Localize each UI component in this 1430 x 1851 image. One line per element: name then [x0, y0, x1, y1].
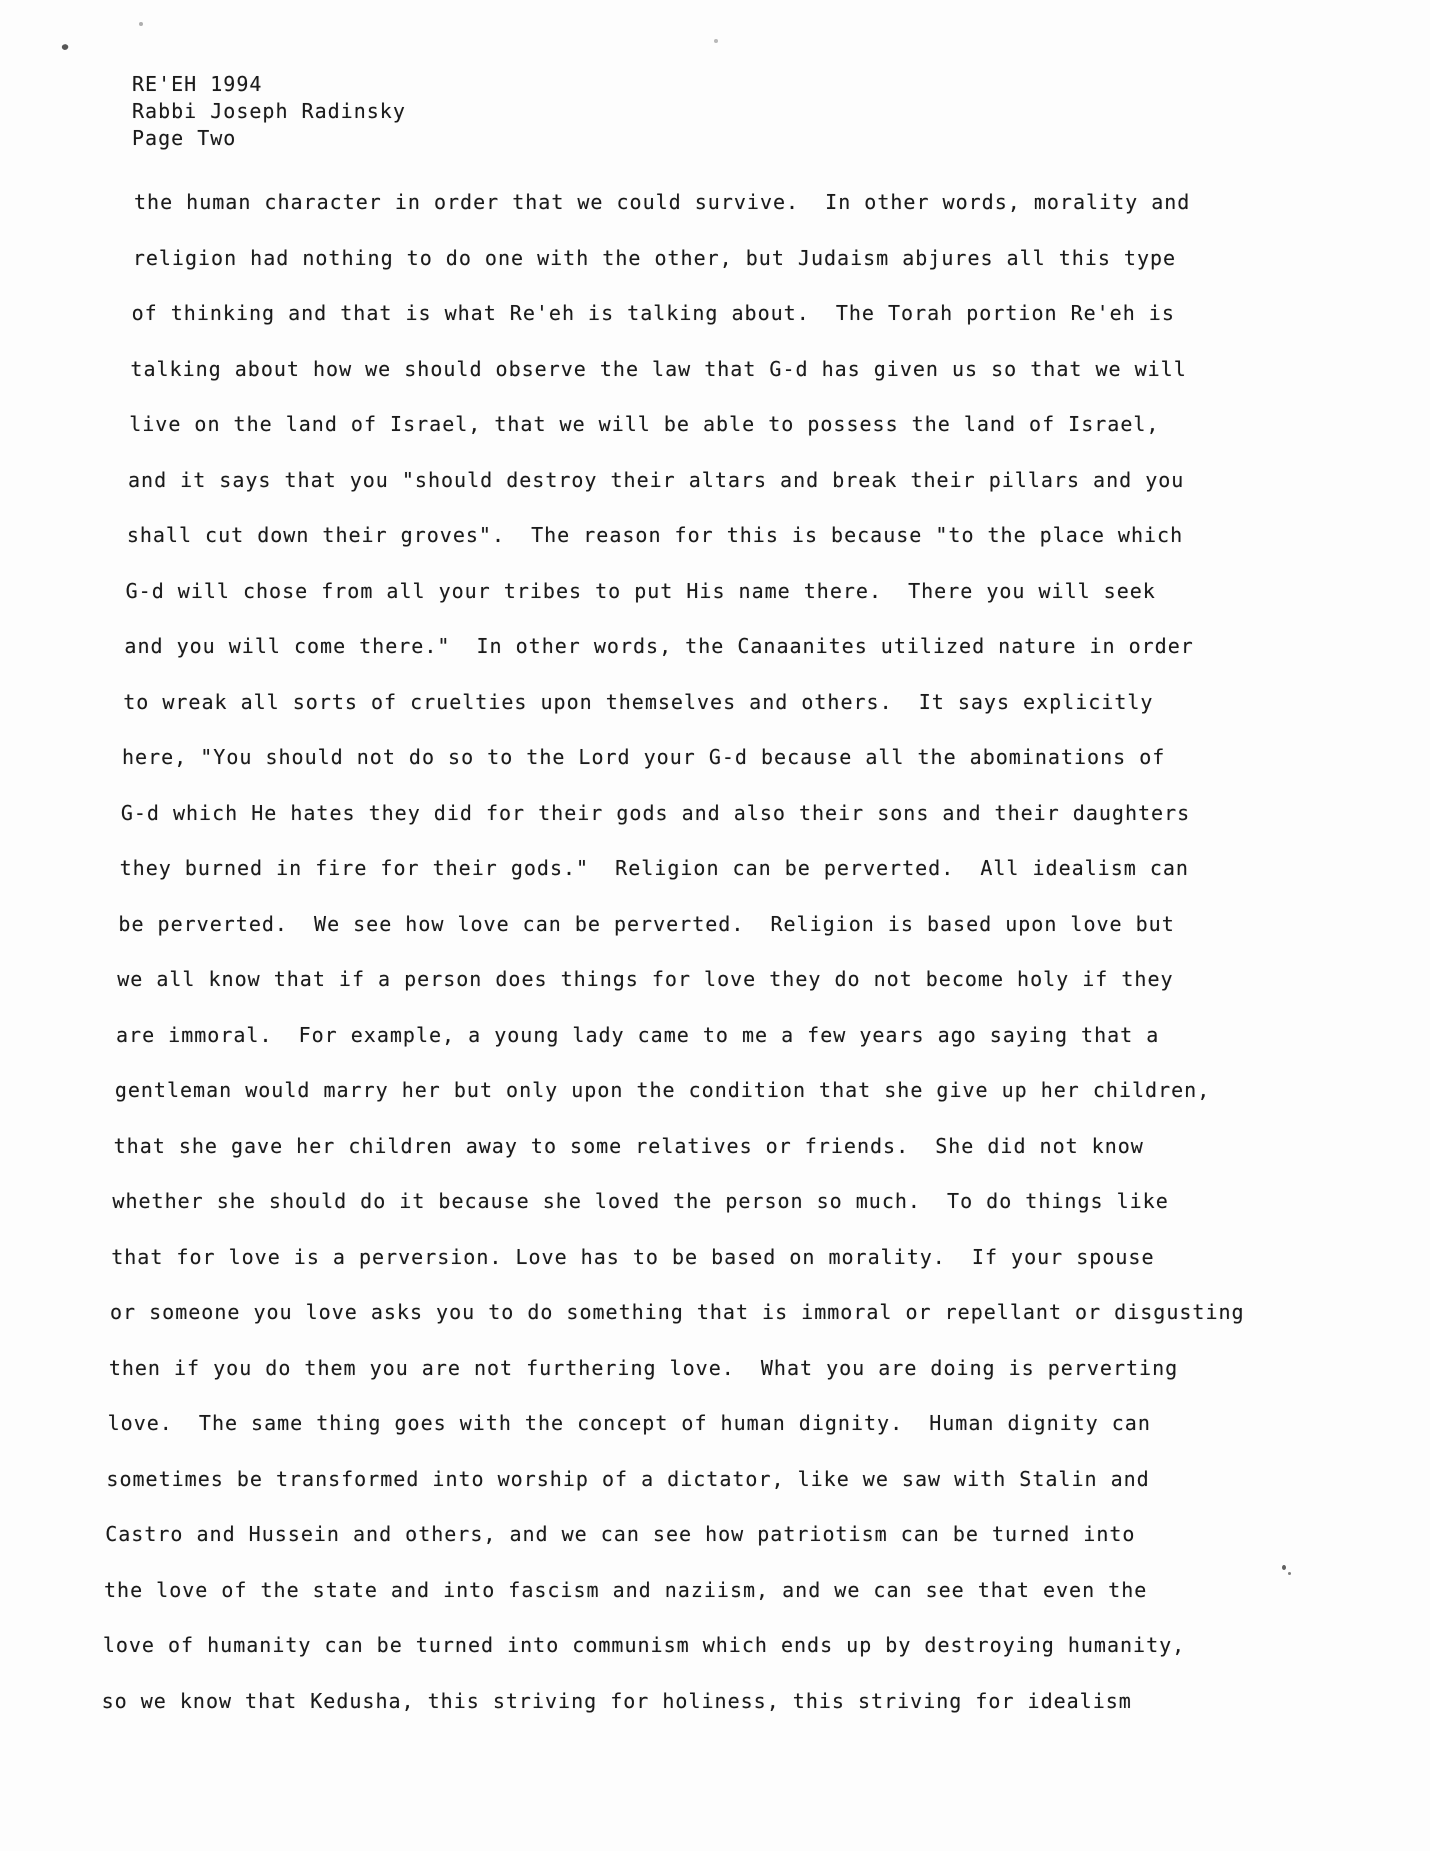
text-line: gentleman would marry her but only upon … [115, 1063, 1245, 1119]
scan-speck [714, 39, 718, 43]
header-line: RE'EH 1994 [132, 71, 406, 98]
scan-speck [139, 22, 143, 26]
scan-speck [1282, 1565, 1286, 1570]
text-line: of thinking and that is what Re'eh is ta… [132, 286, 1245, 342]
header-line: Rabbi Joseph Radinsky [132, 98, 406, 125]
text-line: so we know that Kedusha, this striving f… [102, 1674, 1245, 1730]
text-line: sometimes be transformed into worship of… [106, 1452, 1244, 1508]
text-line: Castro and Hussein and others, and we ca… [105, 1507, 1244, 1563]
text-line: love. The same thing goes with the conce… [108, 1396, 1245, 1452]
document-header: RE'EH 1994Rabbi Joseph RadinskyPage Two [132, 71, 406, 152]
text-line: G-d which He hates they did for their go… [121, 786, 1245, 842]
scan-speck [1288, 1572, 1291, 1575]
scan-speck [61, 43, 69, 51]
text-line: shall cut down their groves". The reason… [127, 508, 1245, 564]
text-line: and you will come there." In other words… [124, 619, 1244, 675]
text-line: talking about how we should observe the … [130, 342, 1244, 398]
text-line: and it says that you "should destroy the… [128, 453, 1245, 509]
scanned-document-page: RE'EH 1994Rabbi Joseph RadinskyPage Two … [0, 0, 1430, 1851]
header-line: Page Two [132, 125, 406, 152]
text-line: whether she should do it because she lov… [112, 1174, 1244, 1230]
text-line: then if you do them you are not furtheri… [109, 1341, 1245, 1397]
text-line: they burned in fire for their gods." Rel… [120, 841, 1245, 897]
document-body: the human character in order that we cou… [134, 175, 1245, 1729]
text-line: that for love is a perversion. Love has … [111, 1230, 1244, 1286]
text-line: the human character in order that we cou… [134, 175, 1245, 231]
text-line: live on the land of Israel, that we will… [129, 397, 1244, 453]
text-line: G-d will chose from all your tribes to p… [126, 564, 1245, 620]
text-line: that she gave her children away to some … [114, 1119, 1245, 1175]
text-line: the love of the state and into fascism a… [104, 1563, 1245, 1619]
text-line: be perverted. We see how love can be per… [118, 897, 1244, 953]
text-line: are immoral. For example, a young lady c… [116, 1008, 1245, 1064]
text-line: we all know that if a person does things… [117, 952, 1244, 1008]
text-line: here, "You should not do so to the Lord … [122, 730, 1245, 786]
text-line: love of humanity can be turned into comm… [103, 1618, 1245, 1674]
text-line: to wreak all sorts of cruelties upon the… [123, 675, 1244, 731]
text-line: religion had nothing to do one with the … [133, 231, 1245, 287]
text-line: or someone you love asks you to do somet… [110, 1285, 1245, 1341]
